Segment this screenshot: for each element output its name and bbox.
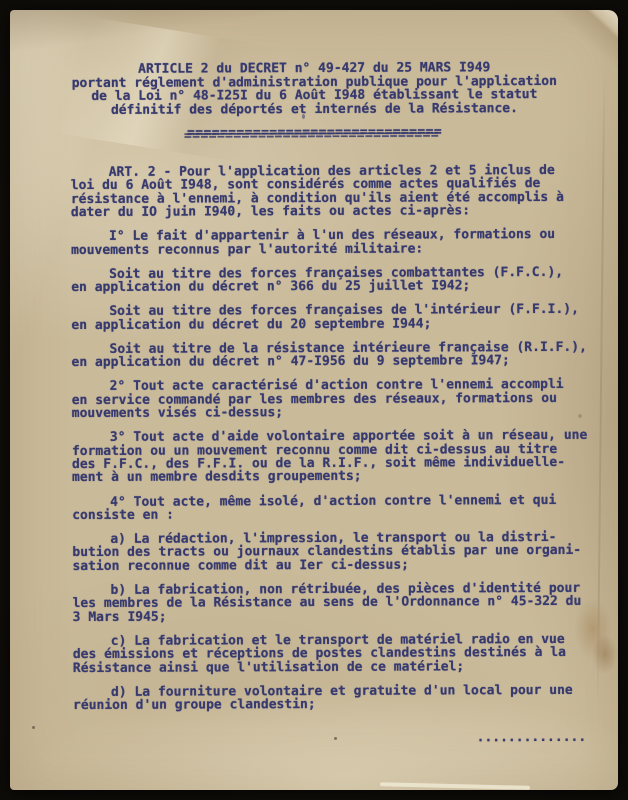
text-line: sation reconnue comme dit au Ier ci-dess… — [72, 558, 586, 574]
text-line: les membres de la Résistance au sens de … — [73, 595, 587, 611]
title-separator: =============================== ========… — [11, 127, 619, 143]
text-line: Résistance ainsi que l'utilisation de ce… — [73, 659, 587, 675]
photograph-background: { "document": { "language": "fr", "color… — [0, 0, 628, 800]
paragraph: b) La fabrication, non rétribuée, des pi… — [73, 582, 587, 624]
paragraph: Soit au titre de la résistance intérieur… — [71, 341, 585, 370]
paragraph: a) La rédaction, l'impression, le transp… — [72, 531, 586, 573]
paragraph: 3° Tout acte d'aide volontaire apportée … — [72, 429, 586, 485]
separator-strike: =============================== — [8, 130, 616, 143]
text-line: 4° Tout acte, même isolé, d'action contr… — [72, 493, 586, 509]
paragraph: 2° Tout acte caractérisé d'action contre… — [72, 378, 586, 420]
text-line: réunion d'un groupe clandestin; — [73, 697, 587, 713]
signature-dotted-line: .............. — [477, 731, 587, 744]
paragraph: I° Le fait d'appartenir à l'un des résea… — [71, 228, 585, 257]
text-line: dater du IO juin I940, les faits ou acte… — [71, 204, 585, 220]
text-line: en application du décret n° 47-I956 du 9… — [72, 354, 586, 370]
document-page: ARTICLE 2 du DECRET n° 49-427 du 25 MARS… — [10, 10, 618, 790]
text-line: consiste en : — [72, 507, 586, 523]
typewritten-ink-layer: ARTICLE 2 du DECRET n° 49-427 du 25 MARS… — [10, 9, 621, 792]
paragraph: Soit au titre des forces françaises de l… — [71, 303, 585, 332]
document-title: ARTICLE 2 du DECRET n° 49-427 du 25 MARS… — [10, 61, 618, 118]
paragraph: d) La fourniture volontaire et gratuite … — [73, 684, 587, 713]
text-line: mouvements reconnus par l'autorité milit… — [71, 242, 585, 258]
text-line: en application du décret du 20 septembre… — [71, 317, 585, 333]
text-line: ment à un membre desdits groupements; — [72, 469, 586, 485]
text-line: mouvements visés ci-dessus; — [72, 405, 586, 421]
paragraph: ART. 2 - Pour l'application des articles… — [71, 164, 585, 220]
paragraph: c) La fabrication et le transport de mat… — [73, 633, 587, 675]
text-line: en application du décret n° 366 du 25 ju… — [71, 279, 585, 295]
text-line: 3 Mars I945; — [73, 609, 587, 625]
paragraph: Soit au titre des forces françaises comb… — [71, 266, 585, 295]
paragraph: 4° Tout acte, même isolé, d'action contr… — [72, 493, 586, 522]
document-body: ART. 2 - Pour l'application des articles… — [71, 164, 587, 723]
